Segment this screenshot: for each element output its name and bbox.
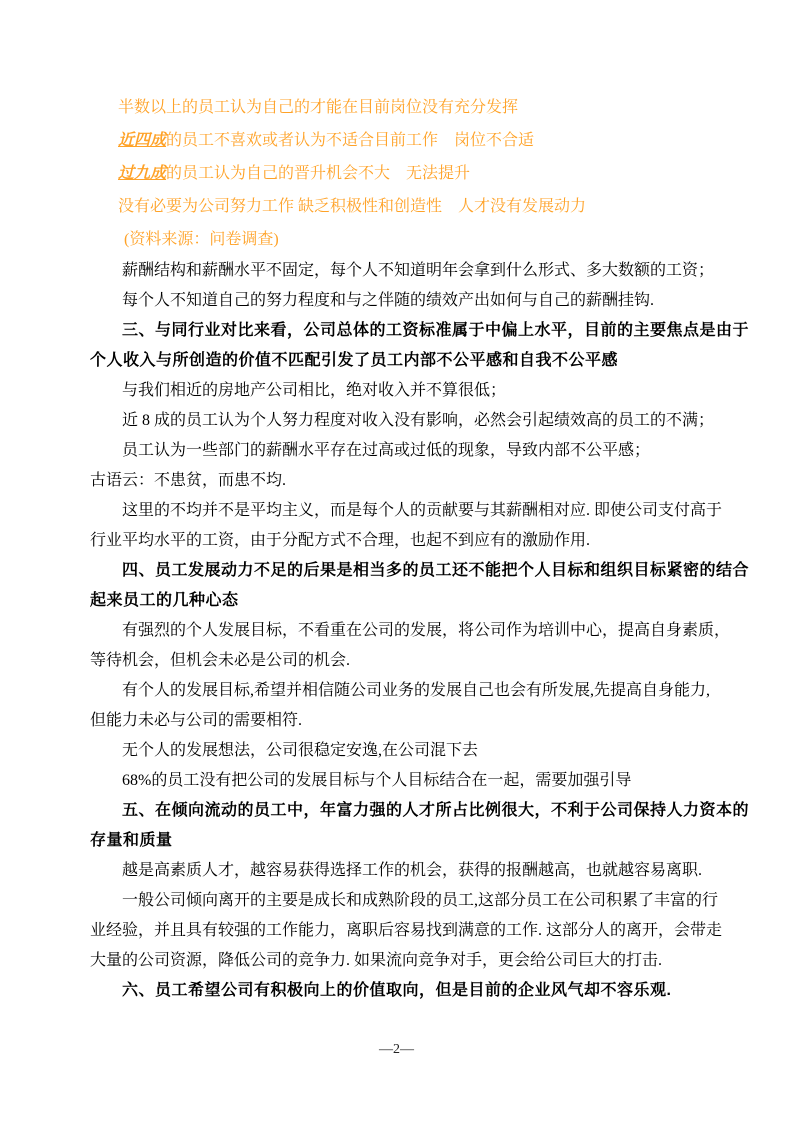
text-line: 无个人的发展想法，公司很稳定安逸,在公司混下去 — [90, 736, 770, 766]
text-line: 薪酬结构和薪酬水平不固定，每个人不知道明年会拿到什么形式、多大数额的工资； — [90, 256, 770, 286]
text-line: 每个人不知道自己的努力程度和与之伴随的绩效产出如何与自己的薪酬挂钩. — [90, 286, 770, 316]
text-line: 员工认为一些部门的薪酬水平存在过高或过低的现象，导致内部不公平感； — [90, 436, 770, 466]
text-line: 越是高素质人才，越容易获得选择工作的机会，获得的报酬越高，也就越容易离职. — [90, 856, 770, 886]
text-line: 四、员工发展动力不足的后果是相当多的员工还不能把个人目标和组织目标紧密的结合 — [90, 556, 770, 586]
page-number: —2— — [0, 1041, 793, 1059]
text-line: 半数以上的员工认为自己的才能在目前岗位没有充分发挥 — [90, 91, 750, 124]
text-line: 三、与同行业对比来看，公司总体的工资标准属于中偏上水平，目前的主要焦点是由于 — [90, 316, 770, 346]
text-line: 近四成的员工不喜欢或者认为不适合目前工作 岗位不合适 — [90, 124, 750, 157]
text-line: 有个人的发展目标,希望并相信随公司业务的发展自己也会有所发展,先提高自身能力, — [90, 676, 770, 706]
text-line: 古语云：不患贫，而患不均. — [90, 466, 770, 496]
text-line: 等待机会，但机会未必是公司的机会. — [90, 646, 770, 676]
text-line: 起来员工的几种心态 — [90, 586, 770, 616]
document-page: 半数以上的员工认为自己的才能在目前岗位没有充分发挥近四成的员工不喜欢或者认为不适… — [0, 0, 793, 1122]
text-line: (资料来源：问卷调查) — [90, 223, 750, 256]
text-line: 68%的员工没有把公司的发展目标与个人目标结合在一起，需要加强引导 — [90, 766, 770, 796]
text-line: 业经验，并且具有较强的工作能力，离职后容易找到满意的工作. 这部分人的离开，会带… — [90, 916, 770, 946]
highlighted-lead-text: 近四成 — [118, 132, 166, 149]
text-line: 存量和质量 — [90, 826, 770, 856]
text-line: 但能力未必与公司的需要相符. — [90, 706, 770, 736]
text-line: 一般公司倾向离开的主要是成长和成熟阶段的员工,这部分员工在公司积累了丰富的行 — [90, 886, 770, 916]
text-line: 六、员工希望公司有积极向上的价值取向，但是目前的企业风气却不容乐观. — [90, 976, 770, 1006]
text-line: 过九成的员工认为自己的晋升机会不大 无法提升 — [90, 157, 750, 190]
highlighted-lead-text: 过九成 — [118, 165, 166, 182]
text-line: 个人收入与所创造的价值不匹配引发了员工内部不公平感和自我不公平感 — [90, 346, 770, 376]
survey-findings-block: 半数以上的员工认为自己的才能在目前岗位没有充分发挥近四成的员工不喜欢或者认为不适… — [90, 91, 750, 256]
text-line: 与我们相近的房地产公司相比，绝对收入并不算很低； — [90, 376, 770, 406]
text-line: 大量的公司资源，降低公司的竞争力. 如果流向竞争对手，更会给公司巨大的打击. — [90, 946, 770, 976]
text-line: 近 8 成的员工认为个人努力程度对收入没有影响，必然会引起绩效高的员工的不满； — [90, 406, 770, 436]
text-line: 有强烈的个人发展目标，不看重在公司的发展，将公司作为培训中心，提高自身素质， — [90, 616, 770, 646]
text-line: 这里的不均并不是平均主义，而是每个人的贡献要与其薪酬相对应. 即使公司支付高于 — [90, 496, 770, 526]
text-line: 行业平均水平的工资，由于分配方式不合理，也起不到应有的激励作用. — [90, 526, 770, 556]
text-line: 没有必要为公司努力工作 缺乏积极性和创造性 人才没有发展动力 — [90, 190, 750, 223]
text-line: 五、在倾向流动的员工中，年富力强的人才所占比例很大，不利于公司保持人力资本的 — [90, 796, 770, 826]
report-body-block: 薪酬结构和薪酬水平不固定，每个人不知道明年会拿到什么形式、多大数额的工资；每个人… — [90, 256, 770, 1006]
